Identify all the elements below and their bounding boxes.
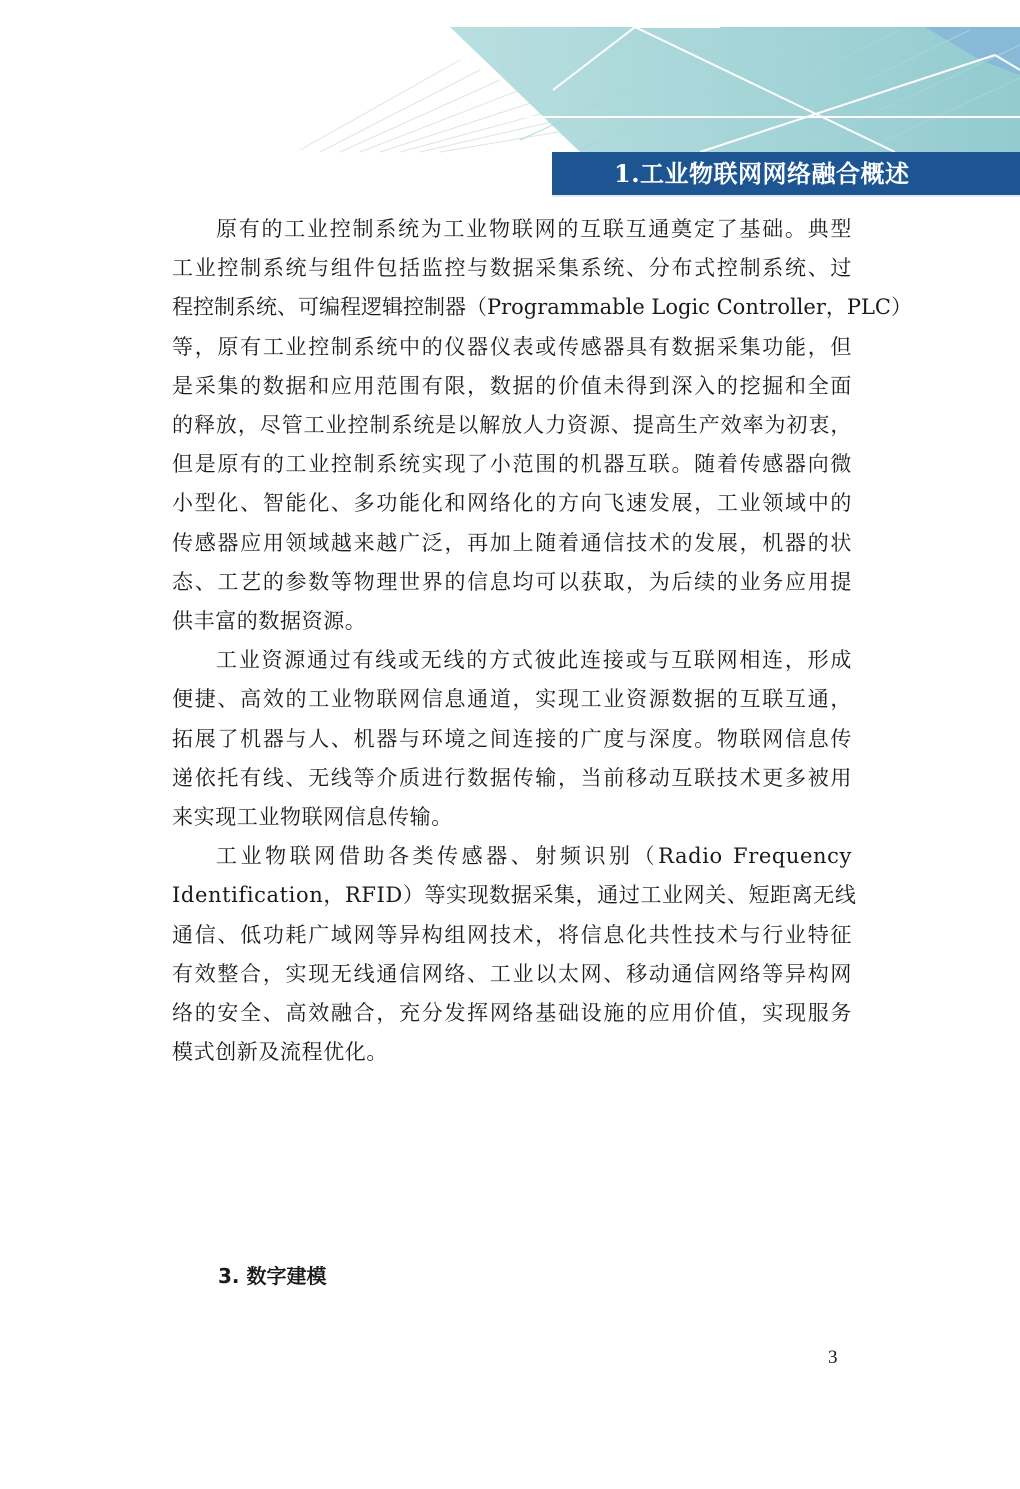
- section-title-bar: 1.工业物联网网络融合概述: [552, 152, 1020, 197]
- text-line: 拓展了机器与人、机器与环境之间连接的广度与深度。物联网信息传: [172, 720, 852, 759]
- paragraph-3: 工业物联网借助各类传感器、射频识别（Radio Frequency Identi…: [172, 837, 852, 1072]
- text-line: 的释放，尽管工业控制系统是以解放人力资源、提高生产效率为初衷，: [172, 406, 852, 445]
- text-line: 工业资源通过有线或无线的方式彼此连接或与互联网相连，形成: [172, 641, 852, 680]
- subsection-heading: 3. 数字建模: [218, 1262, 326, 1290]
- header-banner: 1.工业物联网网络融合概述: [0, 0, 1020, 200]
- text-line: 态、工艺的参数等物理世界的信息均可以获取，为后续的业务应用提: [172, 563, 852, 602]
- page-number: 3: [828, 1347, 838, 1369]
- text-line: 原有的工业控制系统为工业物联网的互联互通奠定了基础。典型: [172, 210, 852, 249]
- text-line: 络的安全、高效融合，充分发挥网络基础设施的应用价值，实现服务: [172, 994, 852, 1033]
- text-line: 模式创新及流程优化。: [172, 1033, 852, 1072]
- paragraph-1: 原有的工业控制系统为工业物联网的互联互通奠定了基础。典型 工业控制系统与组件包括…: [172, 210, 852, 641]
- text-line: 传感器应用领域越来越广泛，再加上随着通信技术的发展，机器的状: [172, 524, 852, 563]
- text-line: 小型化、智能化、多功能化和网络化的方向飞速发展，工业领域中的: [172, 484, 852, 523]
- text-line: 有效整合，实现无线通信网络、工业以太网、移动通信网络等异构网: [172, 955, 852, 994]
- text-line: Identification，RFID）等实现数据采集，通过工业网关、短距离无线: [172, 876, 852, 915]
- section-title: 1.工业物联网网络融合概述: [614, 156, 910, 192]
- text-line: 工业物联网借助各类传感器、射频识别（Radio Frequency: [172, 837, 852, 876]
- text-line: 工业控制系统与组件包括监控与数据采集系统、分布式控制系统、过: [172, 249, 852, 288]
- text-line: 但是原有的工业控制系统实现了小范围的机器互联。随着传感器向微: [172, 445, 852, 484]
- body-text: 原有的工业控制系统为工业物联网的互联互通奠定了基础。典型 工业控制系统与组件包括…: [172, 210, 852, 1072]
- text-line: 通信、低功耗广域网等异构组网技术，将信息化共性技术与行业特征: [172, 916, 852, 955]
- text-line: 便捷、高效的工业物联网信息通道，实现工业资源数据的互联互通，: [172, 680, 852, 719]
- text-line: 递依托有线、无线等介质进行数据传输，当前移动互联技术更多被用: [172, 759, 852, 798]
- paragraph-2: 工业资源通过有线或无线的方式彼此连接或与互联网相连，形成 便捷、高效的工业物联网…: [172, 641, 852, 837]
- text-line: 是采集的数据和应用范围有限，数据的价值未得到深入的挖掘和全面: [172, 367, 852, 406]
- text-line: 来实现工业物联网信息传输。: [172, 798, 852, 837]
- text-line: 程控制系统、可编程逻辑控制器（Programmable Logic Contro…: [172, 288, 852, 327]
- text-line: 供丰富的数据资源。: [172, 602, 852, 641]
- text-line: 等，原有工业控制系统中的仪器仪表或传感器具有数据采集功能，但: [172, 328, 852, 367]
